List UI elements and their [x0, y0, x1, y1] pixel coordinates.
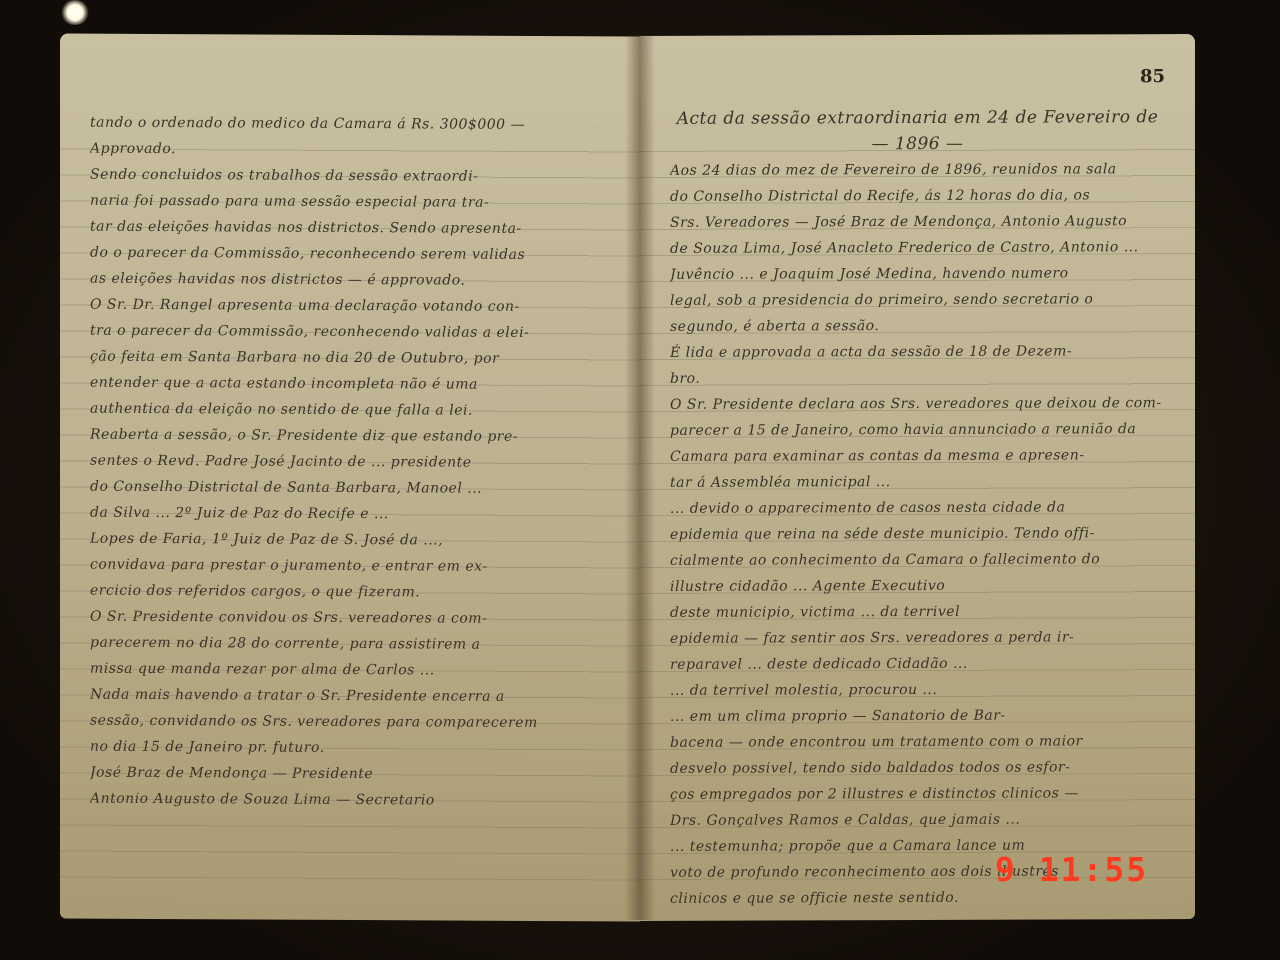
handwritten-line: no dia 15 de Janeiro pr. futuro. — [90, 734, 610, 763]
handwritten-line: desvelo possivel, tendo sido baldados to… — [670, 754, 1165, 782]
handwritten-line: sessão, convidando os Srs. vereadores pa… — [90, 708, 610, 737]
handwritten-line: Camara para examinar as contas da mesma … — [670, 442, 1165, 470]
right-page-text: Acta da sessão extraordinaria em 24 de F… — [670, 104, 1165, 912]
handwritten-line: epidemia — faz sentir aos Srs. vereadore… — [670, 624, 1165, 652]
handwritten-line: Srs. Vereadores — José Braz de Mendonça,… — [670, 208, 1165, 236]
handwritten-line: O Sr. Presidente convidou os Srs. veread… — [90, 604, 610, 633]
handwritten-line: bro. — [670, 364, 1165, 392]
handwritten-line: tando o ordenado do medico da Camara á R… — [90, 110, 610, 139]
handwritten-line: tar á Assembléa municipal ... — [670, 468, 1165, 496]
handwritten-line: tra o parecer da Commissão, reconhecendo… — [90, 318, 610, 347]
handwritten-line: ... em um clima proprio — Sanatorio de B… — [670, 702, 1165, 730]
handwritten-line: É lida e approvada a acta da sessão de 1… — [670, 338, 1165, 366]
handwritten-line: naria foi passado para uma sessão especi… — [90, 188, 610, 217]
handwritten-line: ços empregados por 2 illustres e distinc… — [670, 780, 1165, 808]
handwritten-line: deste municipio, victima ... da terrivel — [670, 598, 1165, 626]
open-ledger-book: tando o ordenado do medico da Camara á R… — [55, 35, 1200, 920]
handwritten-line: epidemia que reina na séde deste municip… — [670, 520, 1165, 548]
handwritten-line: de Souza Lima, José Anacleto Frederico d… — [670, 234, 1165, 262]
handwritten-line: Approvado. — [90, 136, 610, 165]
book-gutter — [625, 35, 655, 920]
handwritten-line: do o parecer da Commissão, reconhecendo … — [90, 240, 610, 269]
page-number: 85 — [1140, 66, 1165, 87]
handwritten-line: parecer a 15 de Janeiro, como havia annu… — [670, 416, 1165, 444]
handwritten-line: reparavel ... deste dedicado Cidadão ... — [670, 650, 1165, 678]
light-glare — [60, 0, 90, 25]
minutes-heading: Acta da sessão extraordinaria em 24 de F… — [670, 104, 1165, 132]
left-page: tando o ordenado do medico da Camara á R… — [60, 33, 640, 921]
handwritten-line: segundo, é aberta a sessão. — [670, 312, 1165, 340]
handwritten-line: Sendo concluidos os trabalhos da sessão … — [90, 162, 610, 191]
handwritten-line: O Sr. Presidente declara aos Srs. veread… — [670, 390, 1165, 418]
handwritten-line: parecerem no dia 28 do corrente, para as… — [90, 630, 610, 659]
handwritten-line: Drs. Gonçalves Ramos e Caldas, que jamai… — [670, 806, 1165, 834]
handwritten-line: Nada mais havendo a tratar o Sr. Preside… — [90, 682, 610, 711]
camera-timestamp: 9 11:55 — [995, 850, 1148, 889]
handwritten-line: Reaberta a sessão, o Sr. Presidente diz … — [90, 422, 610, 451]
handwritten-line: cialmente ao conhecimento da Camara o fa… — [670, 546, 1165, 574]
handwritten-line: tar das eleições havidas nos districtos.… — [90, 214, 610, 243]
handwritten-line: Antonio Augusto de Souza Lima — Secretar… — [90, 786, 610, 815]
handwritten-line: José Braz de Mendonça — Presidente — [90, 760, 610, 789]
handwritten-line: da Silva ... 2º Juiz de Paz do Recife e … — [90, 500, 610, 529]
right-page-body: Aos 24 dias do mez de Fevereiro de 1896,… — [670, 156, 1165, 912]
minutes-heading-year: — 1896 — — [670, 130, 1165, 158]
handwritten-line: bacena — onde encontrou um tratamento co… — [670, 728, 1165, 756]
handwritten-line: O Sr. Dr. Rangel apresenta uma declaraçã… — [90, 292, 610, 321]
handwritten-line: authentica da eleição no sentido de que … — [90, 396, 610, 425]
handwritten-line: Lopes de Faria, 1º Juiz de Paz de S. Jos… — [90, 526, 610, 555]
handwritten-line: do Conselho Districtal do Recife, ás 12 … — [670, 182, 1165, 210]
handwritten-line: do Conselho Districtal de Santa Barbara,… — [90, 474, 610, 503]
handwritten-line: sentes o Revd. Padre José Jacinto de ...… — [90, 448, 610, 477]
handwritten-line: illustre cidadão ... Agente Executivo — [670, 572, 1165, 600]
handwritten-line: entender que a acta estando incompleta n… — [90, 370, 610, 399]
handwritten-line: legal, sob a presidencia do primeiro, se… — [670, 286, 1165, 314]
handwritten-line: ercicio dos referidos cargos, o que fize… — [90, 578, 610, 607]
handwritten-line: ... da terrivel molestia, procurou ... — [670, 676, 1165, 704]
handwritten-line: ção feita em Santa Barbara no dia 20 de … — [90, 344, 610, 373]
handwritten-line: convidava para prestar o juramento, e en… — [90, 552, 610, 581]
left-page-text: tando o ordenado do medico da Camara á R… — [90, 110, 610, 815]
handwritten-line: Juvêncio ... e Joaquim José Medina, have… — [670, 260, 1165, 288]
handwritten-line: Aos 24 dias do mez de Fevereiro de 1896,… — [670, 156, 1165, 184]
handwritten-line: ... devido o apparecimento de casos nest… — [670, 494, 1165, 522]
right-page: 85 Acta da sessão extraordinaria em 24 d… — [640, 34, 1195, 921]
handwritten-line: missa que manda rezar por alma de Carlos… — [90, 656, 610, 685]
handwritten-line: as eleições havidas nos districtos — é a… — [90, 266, 610, 295]
